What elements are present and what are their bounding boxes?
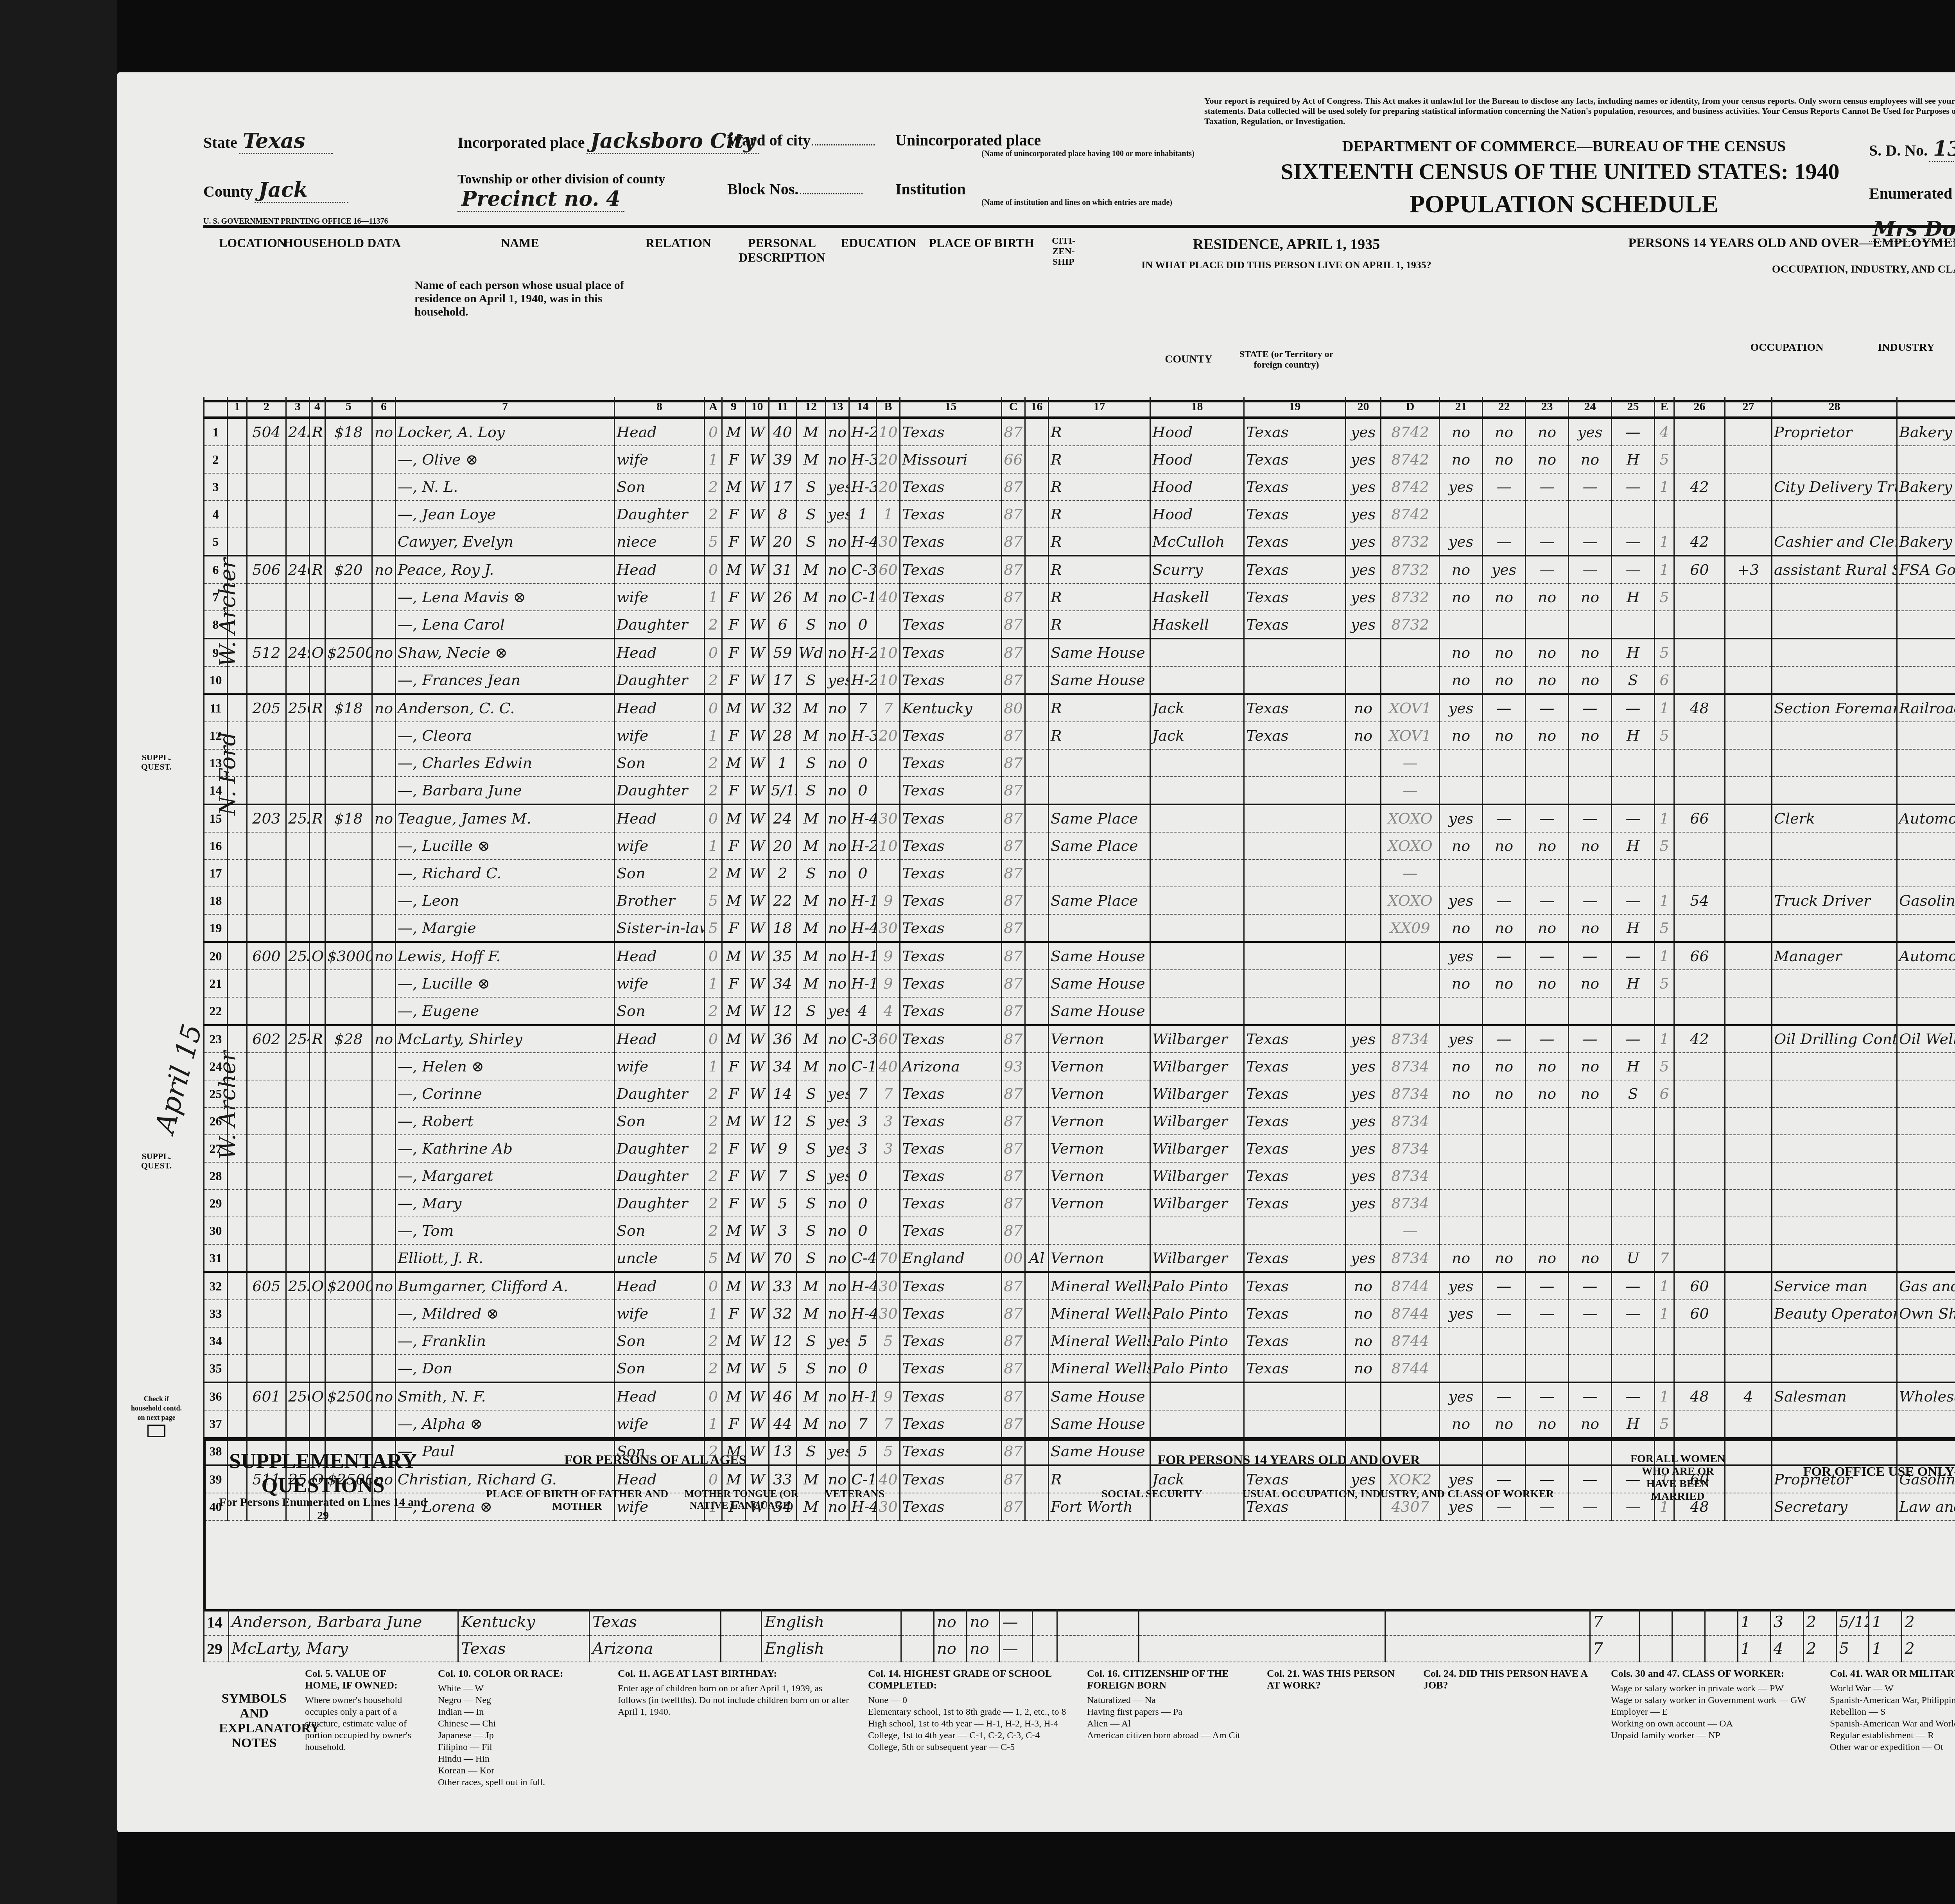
supp-cell-lang: English xyxy=(762,1635,901,1662)
cell-house: 601 xyxy=(247,1382,286,1410)
cell-sch: no xyxy=(826,639,849,666)
cell-c23: — xyxy=(1526,1272,1569,1300)
cell-d: 8734 xyxy=(1381,1244,1440,1272)
cell-cit xyxy=(1025,1382,1049,1410)
cell-occ xyxy=(1772,583,1897,611)
cell-cit xyxy=(1025,749,1049,777)
cell-own xyxy=(310,997,325,1025)
supp-cell-c40: no xyxy=(967,1609,999,1635)
supp-cell-code_j: 7 xyxy=(1590,1635,1639,1662)
cell-c21: yes xyxy=(1440,694,1483,722)
cell-e: 5 xyxy=(1655,1410,1674,1437)
table-row: 18—, LeonBrother5MW22MnoH-19Texas87Same … xyxy=(204,887,1955,914)
cell-res17: Vernon xyxy=(1049,1107,1150,1135)
cell-race: W xyxy=(746,1217,769,1244)
cell-occ: assistant Rural Supervisor xyxy=(1772,556,1897,583)
table-row: 27—, Kathrine AbDaughter2FW9Syes33Texas8… xyxy=(204,1135,1955,1162)
cell-res18: Haskell xyxy=(1150,583,1244,611)
cell-cit xyxy=(1025,501,1049,528)
cell-sex: M xyxy=(722,556,746,583)
population-table: 12345678A91011121314B15C1617181920D21222… xyxy=(203,397,1955,1521)
cell-c25: — xyxy=(1612,1025,1655,1053)
cell-sex: F xyxy=(722,583,746,611)
cell-res20: yes xyxy=(1346,1080,1381,1107)
cell-grade: 3 xyxy=(849,1107,877,1135)
cell-res20 xyxy=(1346,887,1381,914)
mother-tongue-header: MOTHER TONGUE (OR NATIVE LANGUAGE) xyxy=(683,1488,800,1511)
cell-res20: yes xyxy=(1346,1135,1381,1162)
supplementary-subtitle: For Persons Enumerated on Lines 14 and 2… xyxy=(213,1496,432,1522)
cell-b: 5 xyxy=(877,1327,900,1355)
cell-e: 1 xyxy=(1655,694,1674,722)
supp-cell-c49 xyxy=(1672,1635,1705,1662)
cell-house: 512 xyxy=(247,639,286,666)
cell-hh xyxy=(286,473,310,501)
cell-c22: no xyxy=(1483,1053,1526,1080)
cell-c: 87 xyxy=(1002,832,1025,860)
cell-e: 1 xyxy=(1655,556,1674,583)
cell-cit xyxy=(1025,611,1049,639)
cell-res20: yes xyxy=(1346,501,1381,528)
cell-own xyxy=(310,446,325,473)
cell-res19 xyxy=(1244,942,1346,970)
note-item: Wage or salary worker in Government work… xyxy=(1611,1694,1806,1706)
cell-line: 12 xyxy=(204,722,228,749)
continued-checkbox[interactable] xyxy=(147,1425,165,1437)
cell-ln0 xyxy=(228,942,247,970)
cell-c23: no xyxy=(1526,914,1569,942)
cell-c24: — xyxy=(1569,1025,1612,1053)
cell-c: 87 xyxy=(1002,501,1025,528)
cell-res17: R xyxy=(1049,528,1150,556)
cell-age: 31 xyxy=(769,556,796,583)
cell-res18 xyxy=(1150,777,1244,804)
cell-res18: Jack xyxy=(1150,722,1244,749)
cell-occ xyxy=(1772,970,1897,997)
cell-house xyxy=(247,1107,286,1135)
cell-d: 8734 xyxy=(1381,1053,1440,1080)
table-row: 10—, Frances JeanDaughter2FW17SyesH-210T… xyxy=(204,666,1955,694)
cell-age: 35 xyxy=(769,942,796,970)
cell-own xyxy=(310,1053,325,1080)
cell-house xyxy=(247,970,286,997)
cell-farm: no xyxy=(372,639,396,666)
cell-e xyxy=(1655,1107,1674,1135)
cell-c27 xyxy=(1725,639,1772,666)
table-row: 3—, N. L.Son2MW17SyesH-320Texas87RHoodTe… xyxy=(204,473,1955,501)
cell-age: 9 xyxy=(769,1135,796,1162)
cell-birth: Texas xyxy=(900,749,1002,777)
supp-cell-mother: Texas xyxy=(589,1609,721,1635)
cell-sch: yes xyxy=(826,1080,849,1107)
cell-age: 20 xyxy=(769,832,796,860)
cell-ind: Wholesale Drug Supplies xyxy=(1897,1382,1955,1410)
household-continued-note: Check if household contd. on next page xyxy=(129,1394,184,1437)
cell-c24 xyxy=(1569,611,1612,639)
cell-cit xyxy=(1025,1080,1049,1107)
cell-sch: yes xyxy=(826,997,849,1025)
cell-res17: Vernon xyxy=(1049,1053,1150,1080)
cell-c22: — xyxy=(1483,1272,1526,1300)
cell-c27 xyxy=(1725,777,1772,804)
cell-e xyxy=(1655,501,1674,528)
office-use-header: FOR OFFICE USE ONLY—DO NOT WRITE IN THES… xyxy=(1750,1464,1955,1479)
cell-res18 xyxy=(1150,860,1244,887)
cell-c21: no xyxy=(1440,1244,1483,1272)
cell-hh xyxy=(286,1107,310,1135)
cell-own: O xyxy=(310,1272,325,1300)
cell-c: 87 xyxy=(1002,804,1025,832)
cell-age: 26 xyxy=(769,583,796,611)
cell-sex: F xyxy=(722,666,746,694)
cell-occ: Manager xyxy=(1772,942,1897,970)
cell-mar: S xyxy=(796,749,826,777)
note-col21: Col. 21. WAS THIS PERSON AT WORK? xyxy=(1267,1668,1408,1694)
cell-hh xyxy=(286,1410,310,1437)
symbols-title: SYMBOLS AND EXPLANATORY NOTES xyxy=(219,1691,289,1751)
cell-b: 20 xyxy=(877,446,900,473)
cell-c22 xyxy=(1483,1107,1526,1135)
cell-c25: — xyxy=(1612,942,1655,970)
cell-race: W xyxy=(746,1190,769,1217)
cell-c22: no xyxy=(1483,1080,1526,1107)
cell-c27 xyxy=(1725,694,1772,722)
cell-house xyxy=(247,1053,286,1080)
cell-val xyxy=(325,887,372,914)
cell-a: 1 xyxy=(705,1300,722,1327)
cell-farm xyxy=(372,832,396,860)
cell-line: 13 xyxy=(204,749,228,777)
cell-farm xyxy=(372,666,396,694)
cell-b: 7 xyxy=(877,1410,900,1437)
cell-age: 24 xyxy=(769,804,796,832)
cell-name: Peace, Roy J. xyxy=(396,556,615,583)
cell-name: —, Cleora xyxy=(396,722,615,749)
cell-cit xyxy=(1025,1410,1049,1437)
column-number: 23 xyxy=(1526,397,1569,418)
cell-own xyxy=(310,501,325,528)
cell-grade: C-3 xyxy=(849,1025,877,1053)
note-item: Indian — In xyxy=(438,1706,602,1718)
cell-farm xyxy=(372,1162,396,1190)
cell-name: Elliott, J. R. xyxy=(396,1244,615,1272)
group-personal: PERSONAL DESCRIPTION xyxy=(727,236,837,265)
cell-c26: 42 xyxy=(1674,473,1725,501)
cell-ln0 xyxy=(228,666,247,694)
cell-c22: yes xyxy=(1483,556,1526,583)
cell-d: XX09 xyxy=(1381,914,1440,942)
cell-mar: S xyxy=(796,1327,826,1355)
cell-ln0 xyxy=(228,1080,247,1107)
cell-d xyxy=(1381,942,1440,970)
cell-race: W xyxy=(746,556,769,583)
cell-c22: no xyxy=(1483,446,1526,473)
cell-birth: Arizona xyxy=(900,1053,1002,1080)
cell-birth: England xyxy=(900,1244,1002,1272)
cell-d: 8734 xyxy=(1381,1162,1440,1190)
cell-own xyxy=(310,1107,325,1135)
cell-e: 1 xyxy=(1655,528,1674,556)
cell-age: 7 xyxy=(769,1162,796,1190)
cell-c26 xyxy=(1674,611,1725,639)
cell-res19 xyxy=(1244,1217,1346,1244)
supplementary-rows: 14Anderson, Barbara JuneKentuckyTexasEng… xyxy=(204,1609,1955,1662)
column-number: 10 xyxy=(746,397,769,418)
table-row: 24—, Helen ⊗wife1FW34MnoC-140Arizona93Ve… xyxy=(204,1053,1955,1080)
cell-val xyxy=(325,914,372,942)
cell-d: 8732 xyxy=(1381,556,1440,583)
cell-race: W xyxy=(746,639,769,666)
cell-farm xyxy=(372,997,396,1025)
note-item: Spanish-American War, Philippine Insurre… xyxy=(1830,1694,1955,1718)
supp-cell-father: Kentucky xyxy=(458,1609,590,1635)
cell-c26 xyxy=(1674,1162,1725,1190)
cell-res17: R xyxy=(1049,722,1150,749)
group-birth: PLACE OF BIRTH xyxy=(919,236,1044,250)
supp-cell-s45 xyxy=(1139,1609,1385,1635)
table-row: 28—, MargaretDaughter2FW7Syes0Texas87Ver… xyxy=(204,1162,1955,1190)
cell-birth: Texas xyxy=(900,1080,1002,1107)
cell-ln0 xyxy=(228,1300,247,1327)
cell-a: 0 xyxy=(705,1272,722,1300)
cell-occ xyxy=(1772,997,1897,1025)
cell-line: 31 xyxy=(204,1244,228,1272)
cell-c27 xyxy=(1725,1410,1772,1437)
cell-birth: Texas xyxy=(900,418,1002,446)
note-item: Having first papers — Pa xyxy=(1087,1706,1251,1718)
cell-c22: — xyxy=(1483,887,1526,914)
cell-a: 0 xyxy=(705,1382,722,1410)
cell-mar: M xyxy=(796,694,826,722)
cell-mar: M xyxy=(796,418,826,446)
cell-birth: Texas xyxy=(900,1162,1002,1190)
cell-rel: wife xyxy=(615,970,705,997)
cell-c27 xyxy=(1725,583,1772,611)
supp-cell-c49 xyxy=(1672,1609,1705,1635)
cell-d: 8744 xyxy=(1381,1272,1440,1300)
cell-ln0 xyxy=(228,722,247,749)
cell-name: —, Charles Edwin xyxy=(396,749,615,777)
department-title: DEPARTMENT OF COMMERCE—BUREAU OF THE CEN… xyxy=(1290,137,1838,155)
cell-farm xyxy=(372,1244,396,1272)
cell-mar: S xyxy=(796,666,826,694)
cell-res18: Wilbarger xyxy=(1150,1244,1244,1272)
cell-farm: no xyxy=(372,418,396,446)
cell-cit xyxy=(1025,639,1049,666)
cell-rel: Daughter xyxy=(615,1080,705,1107)
cell-birth: Texas xyxy=(900,1025,1002,1053)
note-item: Working on own account — OA xyxy=(1611,1718,1806,1730)
cell-c24: yes xyxy=(1569,418,1612,446)
cell-race: W xyxy=(746,1244,769,1272)
cell-c23: — xyxy=(1526,556,1569,583)
cell-c27 xyxy=(1725,970,1772,997)
cell-farm xyxy=(372,1080,396,1107)
cell-c: 87 xyxy=(1002,1217,1025,1244)
cell-e: 5 xyxy=(1655,970,1674,997)
cell-c25: — xyxy=(1612,1382,1655,1410)
cell-c21 xyxy=(1440,777,1483,804)
supp-cell-i xyxy=(1032,1635,1057,1662)
cell-c22: no xyxy=(1483,970,1526,997)
cell-occ xyxy=(1772,1410,1897,1437)
cell-d: 8742 xyxy=(1381,501,1440,528)
cell-sch: no xyxy=(826,970,849,997)
cell-rel: Head xyxy=(615,694,705,722)
cell-house xyxy=(247,997,286,1025)
column-number: 9 xyxy=(722,397,746,418)
cell-c21: no xyxy=(1440,1410,1483,1437)
schedule-title: POPULATION SCHEDULE xyxy=(1290,190,1838,219)
cell-mar: M xyxy=(796,887,826,914)
cell-res20: no xyxy=(1346,1300,1381,1327)
cell-c21: no xyxy=(1440,418,1483,446)
group-citizenship: CITI-ZEN-SHIP xyxy=(1048,236,1079,267)
cell-a: 2 xyxy=(705,1190,722,1217)
cell-occ xyxy=(1772,1217,1897,1244)
cell-cit xyxy=(1025,446,1049,473)
cell-c21 xyxy=(1440,860,1483,887)
cell-hh xyxy=(286,1135,310,1162)
cell-rel: Son xyxy=(615,1217,705,1244)
cell-c26 xyxy=(1674,1107,1725,1135)
cell-rel: Head xyxy=(615,639,705,666)
table-row: 5Cawyer, Evelynniece5FW20SnoH-430Texas87… xyxy=(204,528,1955,556)
cell-ln0 xyxy=(228,749,247,777)
cell-val: $28 xyxy=(325,1025,372,1053)
cell-res19: Texas xyxy=(1244,611,1346,639)
cell-cit xyxy=(1025,1162,1049,1190)
unincorporated-field: Unincorporated place (Name of unincorpor… xyxy=(895,131,1208,158)
cell-res17 xyxy=(1049,914,1150,942)
cell-c24: — xyxy=(1569,473,1612,501)
cell-race: W xyxy=(746,942,769,970)
cell-farm: no xyxy=(372,556,396,583)
supp-cell-m: 2 xyxy=(1803,1635,1836,1662)
cell-race: W xyxy=(746,694,769,722)
cell-res18: Palo Pinto xyxy=(1150,1355,1244,1382)
cell-c: 87 xyxy=(1002,1300,1025,1327)
cell-ln0 xyxy=(228,860,247,887)
ward-field: Ward of city xyxy=(727,131,875,149)
cell-name: —, Kathrine Ab xyxy=(396,1135,615,1162)
cell-a: 1 xyxy=(705,1410,722,1437)
cell-val xyxy=(325,1217,372,1244)
cell-e: 6 xyxy=(1655,666,1674,694)
cell-c22: no xyxy=(1483,832,1526,860)
cell-a: 2 xyxy=(705,666,722,694)
cell-d: — xyxy=(1381,1217,1440,1244)
cell-line: 37 xyxy=(204,1410,228,1437)
cell-birth: Texas xyxy=(900,832,1002,860)
cell-c23 xyxy=(1526,611,1569,639)
cell-age: 32 xyxy=(769,1300,796,1327)
cell-c25: — xyxy=(1612,473,1655,501)
cell-birth: Texas xyxy=(900,860,1002,887)
cell-a: 1 xyxy=(705,446,722,473)
column-number: 24 xyxy=(1569,397,1612,418)
cell-res20: no xyxy=(1346,1355,1381,1382)
cell-own: O xyxy=(310,1382,325,1410)
cell-d: 8732 xyxy=(1381,583,1440,611)
cell-c: 87 xyxy=(1002,1107,1025,1135)
cell-race: W xyxy=(746,583,769,611)
cell-c26 xyxy=(1674,1217,1725,1244)
cell-sex: M xyxy=(722,1217,746,1244)
table-row: 35—, DonSon2MW5Sno0Texas87Mineral WellsP… xyxy=(204,1355,1955,1382)
cell-race: W xyxy=(746,860,769,887)
cell-birth: Texas xyxy=(900,1382,1002,1410)
supp-cell-c48 xyxy=(1639,1609,1672,1635)
cell-hh xyxy=(286,1053,310,1080)
cell-cit xyxy=(1025,556,1049,583)
cell-e xyxy=(1655,860,1674,887)
cell-c24: no xyxy=(1569,832,1612,860)
cell-c27 xyxy=(1725,1355,1772,1382)
cell-rel: Daughter xyxy=(615,1135,705,1162)
cell-cit xyxy=(1025,473,1049,501)
note-item: None — 0 xyxy=(868,1694,1071,1706)
cell-res18 xyxy=(1150,997,1244,1025)
cell-res17: R xyxy=(1049,418,1150,446)
cell-c25 xyxy=(1612,777,1655,804)
cell-mar: S xyxy=(796,1107,826,1135)
cell-c22 xyxy=(1483,1355,1526,1382)
cell-hh xyxy=(286,501,310,528)
cell-res20: yes xyxy=(1346,611,1381,639)
cell-b xyxy=(877,1162,900,1190)
cell-house: 506 xyxy=(247,556,286,583)
cell-res18: Palo Pinto xyxy=(1150,1272,1244,1300)
cell-hh xyxy=(286,970,310,997)
supp-cell-g xyxy=(721,1609,762,1635)
cell-d: 8734 xyxy=(1381,1135,1440,1162)
cell-c22: — xyxy=(1483,942,1526,970)
cell-occ: Clerk xyxy=(1772,804,1897,832)
cell-hh xyxy=(286,887,310,914)
cell-own xyxy=(310,1244,325,1272)
cell-e: 1 xyxy=(1655,887,1674,914)
cell-ind xyxy=(1897,583,1955,611)
table-row: 1504245R$18noLocker, A. LoyHead0MW40MnoH… xyxy=(204,418,1955,446)
cell-c: 87 xyxy=(1002,1382,1025,1410)
cell-a: 2 xyxy=(705,749,722,777)
cell-c22: no xyxy=(1483,722,1526,749)
cell-a: 5 xyxy=(705,914,722,942)
cell-c21 xyxy=(1440,1327,1483,1355)
cell-age: 6 xyxy=(769,611,796,639)
cell-d: 8734 xyxy=(1381,1080,1440,1107)
cell-a: 2 xyxy=(705,777,722,804)
cell-c25: S xyxy=(1612,666,1655,694)
cell-c21: yes xyxy=(1440,942,1483,970)
cell-e: 1 xyxy=(1655,804,1674,832)
column-number: 8 xyxy=(615,397,705,418)
cell-c25 xyxy=(1612,501,1655,528)
note-col30: Cols. 30 and 47. CLASS OF WORKER:Wage or… xyxy=(1611,1668,1806,1741)
cell-rel: Daughter xyxy=(615,1162,705,1190)
cell-c26 xyxy=(1674,1135,1725,1162)
cell-c27 xyxy=(1725,1025,1772,1053)
cell-mar: Wd xyxy=(796,639,826,666)
cell-cit xyxy=(1025,583,1049,611)
cell-c26: 54 xyxy=(1674,887,1725,914)
column-number: D xyxy=(1381,397,1440,418)
cell-name: —, Richard C. xyxy=(396,860,615,887)
cell-hh: 246 xyxy=(286,556,310,583)
cell-birth: Texas xyxy=(900,887,1002,914)
cell-line: 32 xyxy=(204,1272,228,1300)
